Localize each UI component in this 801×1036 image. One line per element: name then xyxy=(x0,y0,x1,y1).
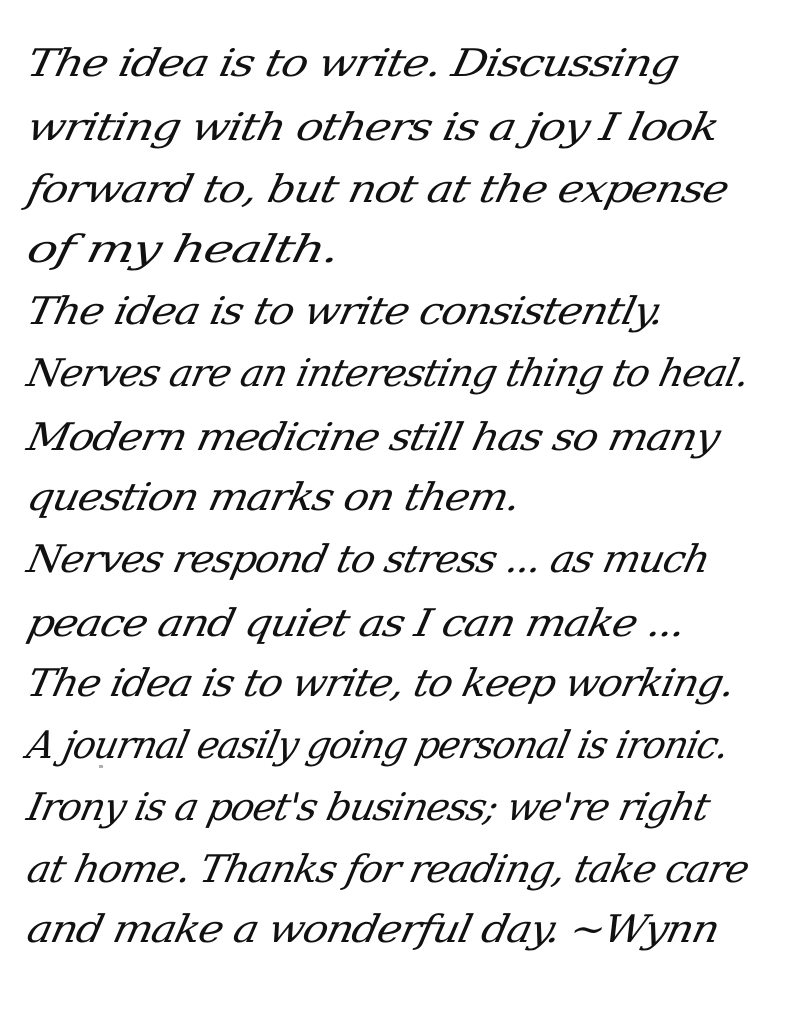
note-line-4: of my health. xyxy=(24,230,342,268)
note-line-2: writing with others is a joy I look xyxy=(24,108,721,146)
note-line-1: The idea is to write. Discussing xyxy=(24,44,682,82)
note-line-13: Irony is a poet's business; we're right xyxy=(24,788,712,826)
note-line-3: forward to, but not at the expense xyxy=(24,170,731,208)
note-line-5: The idea is to write consistently. xyxy=(24,292,667,330)
note-line-7: Modern medicine still has so many xyxy=(24,418,722,456)
note-line-6: Nerves are an interesting thing to heal. xyxy=(24,354,752,392)
note-line-11: The idea is to write, to keep working. xyxy=(24,664,737,702)
note-line-15-signature: and make a wonderful day. ~Wynn xyxy=(24,910,722,948)
note-line-8: question marks on them. xyxy=(24,478,523,516)
handwritten-page: The idea is to write. Discussing writing… xyxy=(0,0,801,1036)
note-line-9: Nerves respond to stress ... as much xyxy=(24,540,712,578)
note-line-14: at home. Thanks for reading, take care xyxy=(24,850,752,888)
paper-speck xyxy=(99,765,103,768)
note-line-12: A journal easily going personal is ironi… xyxy=(24,726,731,764)
note-line-10: peace and quiet as I can make ... xyxy=(24,604,688,642)
